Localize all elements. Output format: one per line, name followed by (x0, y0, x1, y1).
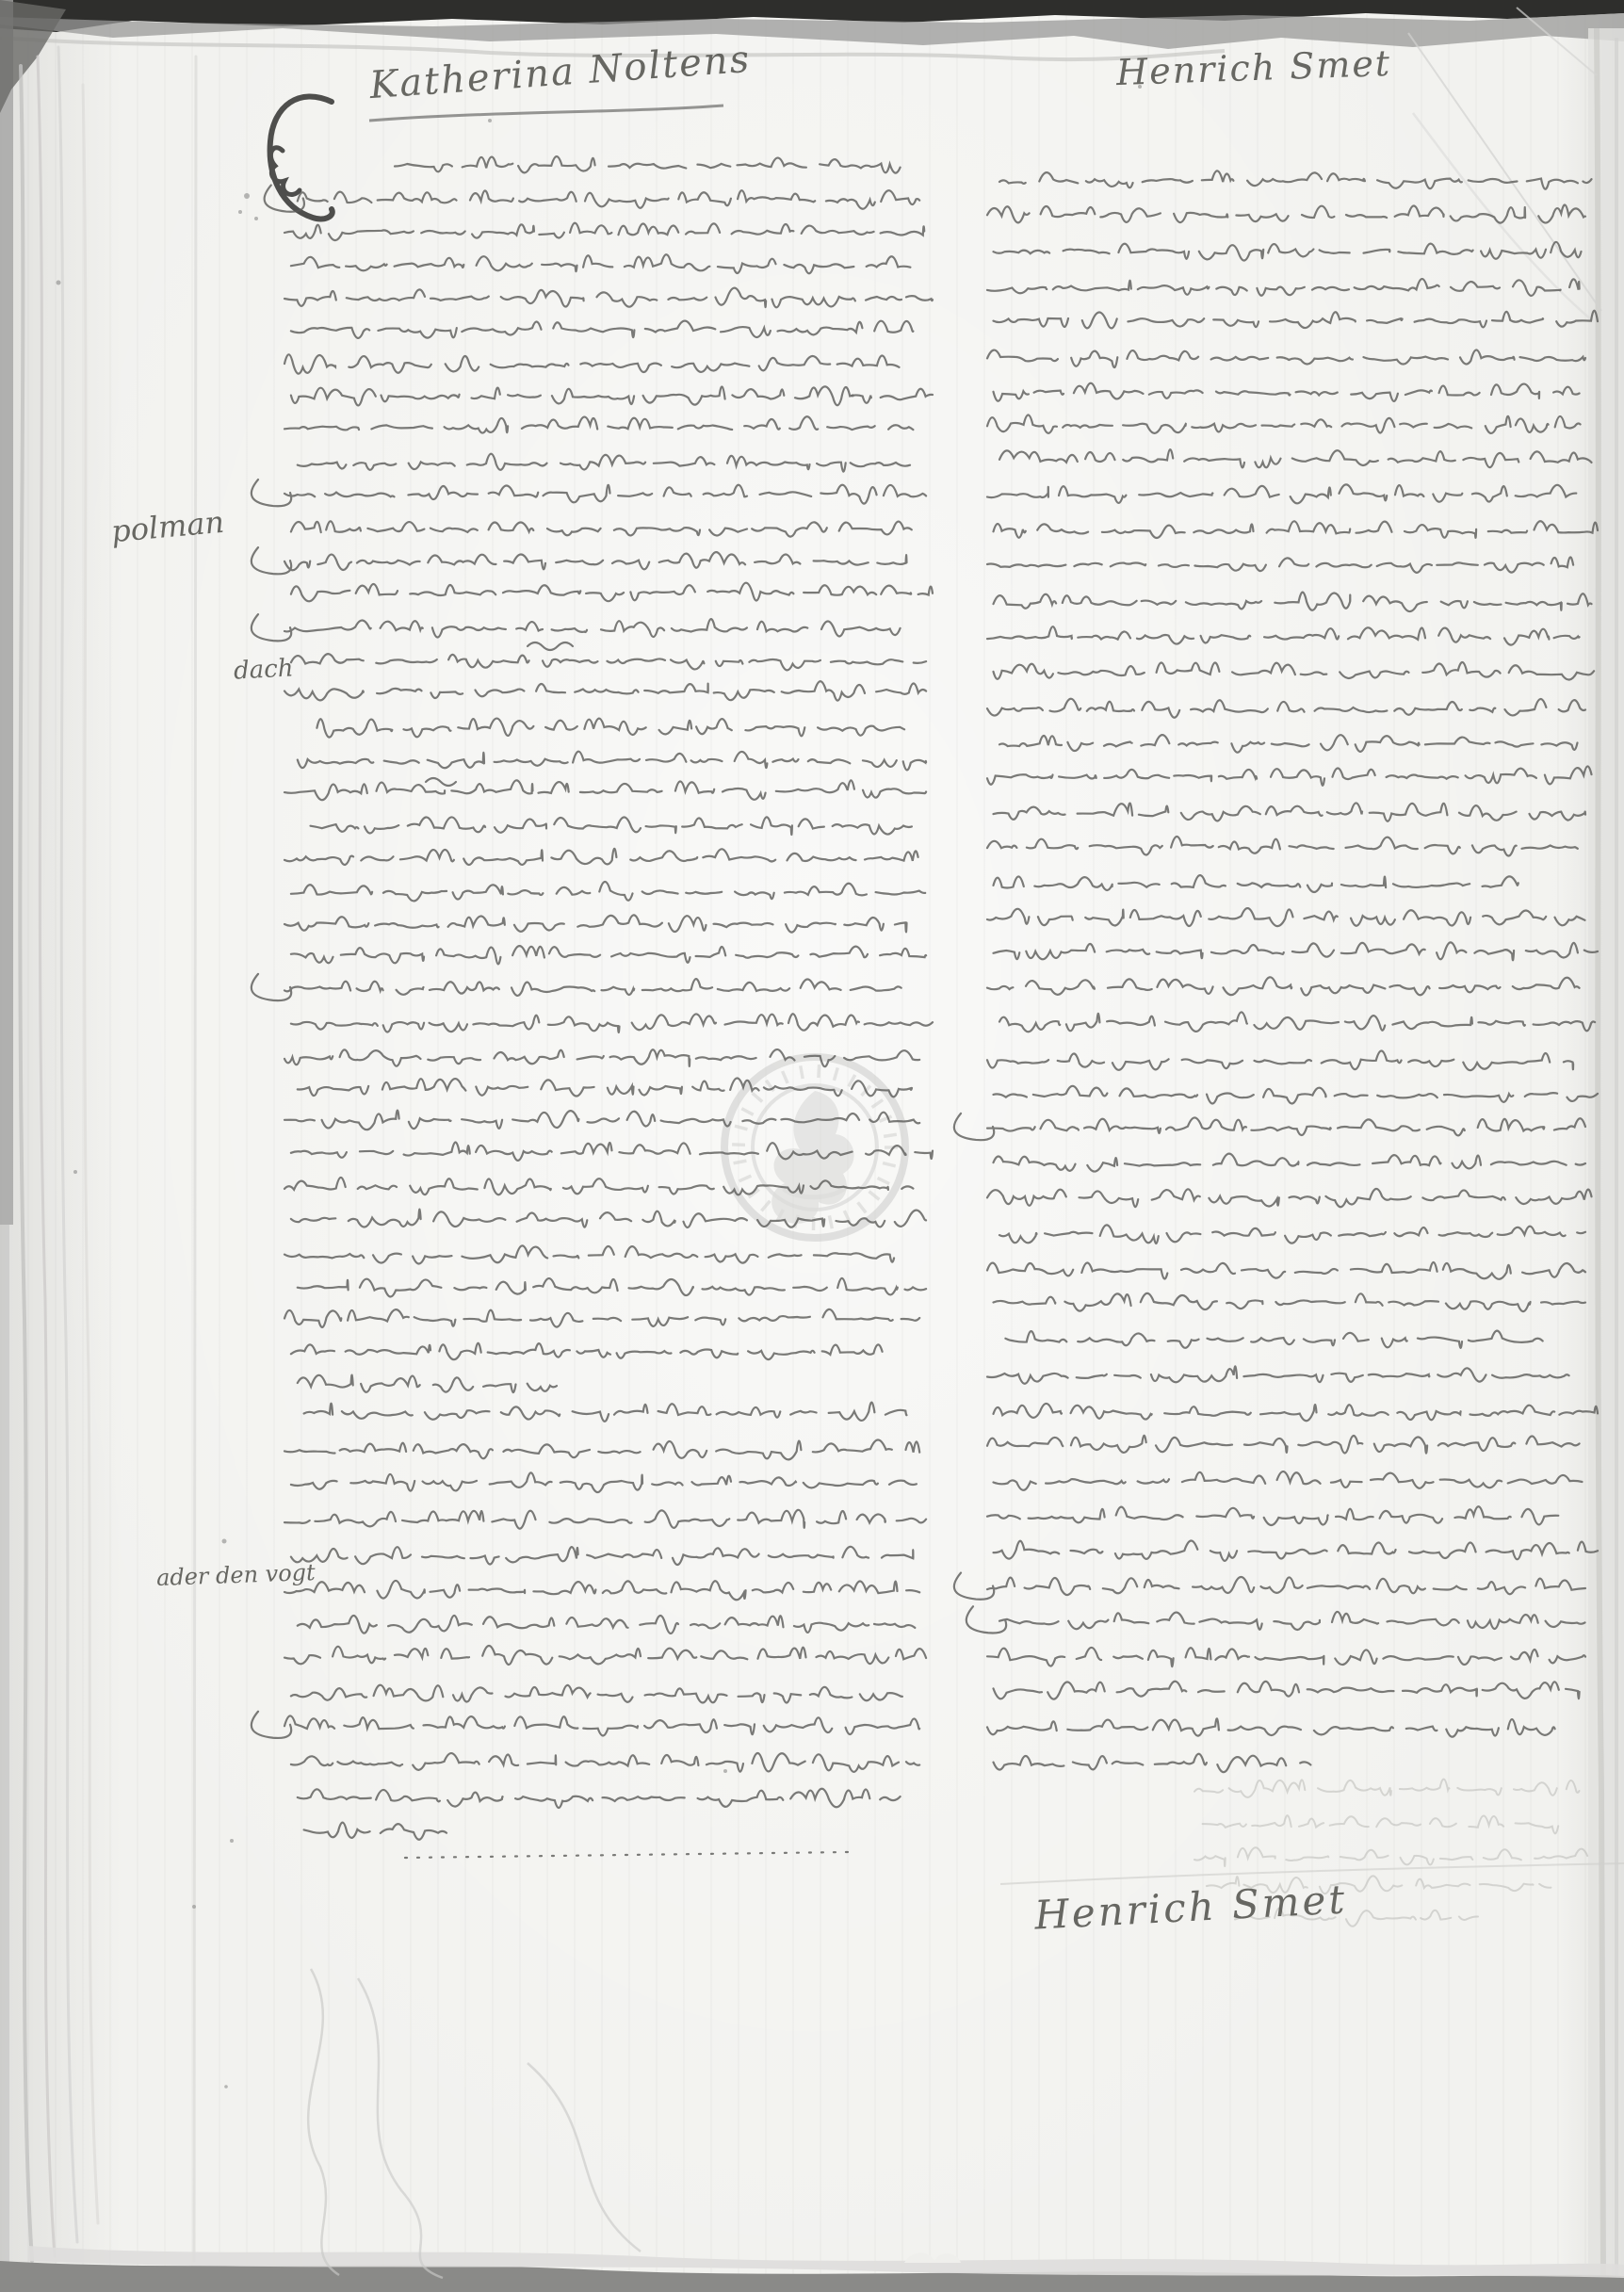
left-text-column (252, 156, 933, 1858)
header-left-underline (369, 106, 723, 121)
ink-specks (57, 85, 1143, 2089)
bottom-edge-band (0, 2246, 1624, 2292)
margin-note-dach: dach (233, 654, 294, 685)
left-binding-edge (0, 0, 196, 2292)
right-text-column (954, 171, 1598, 1772)
margin-note-ader-den-vogt: ader den vogt (156, 1559, 317, 1591)
page-artwork (0, 0, 1624, 2292)
paper-wrinkles (308, 113, 1624, 2278)
interlinear-correction (426, 778, 456, 786)
manuscript-page: Katherina Noltens Henrich Smet polman da… (0, 0, 1624, 2292)
interlinear-correction (528, 642, 573, 650)
closing-dots-row (405, 1852, 848, 1858)
seal-stamp (724, 1057, 905, 1238)
right-page-edge (1408, 8, 1624, 2280)
